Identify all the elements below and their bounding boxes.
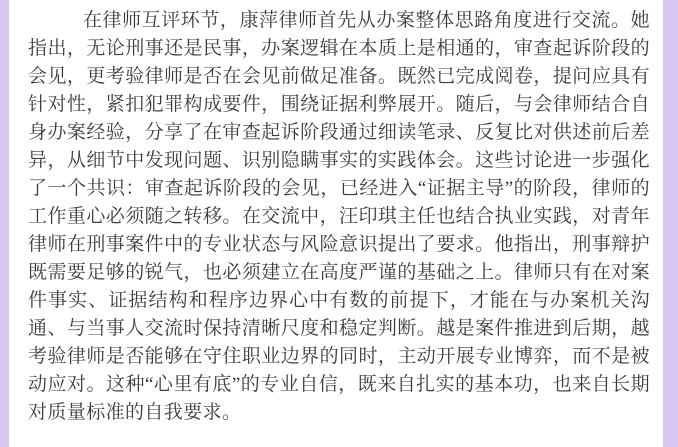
article-paragraph: 在律师互评环节，康萍律师首先从办案整体思路角度进行交流。她指出，无论刑事还是民事… <box>9 0 663 427</box>
article-page: 在律师互评环节，康萍律师首先从办案整体思路角度进行交流。她指出，无论刑事还是民事… <box>9 0 663 447</box>
